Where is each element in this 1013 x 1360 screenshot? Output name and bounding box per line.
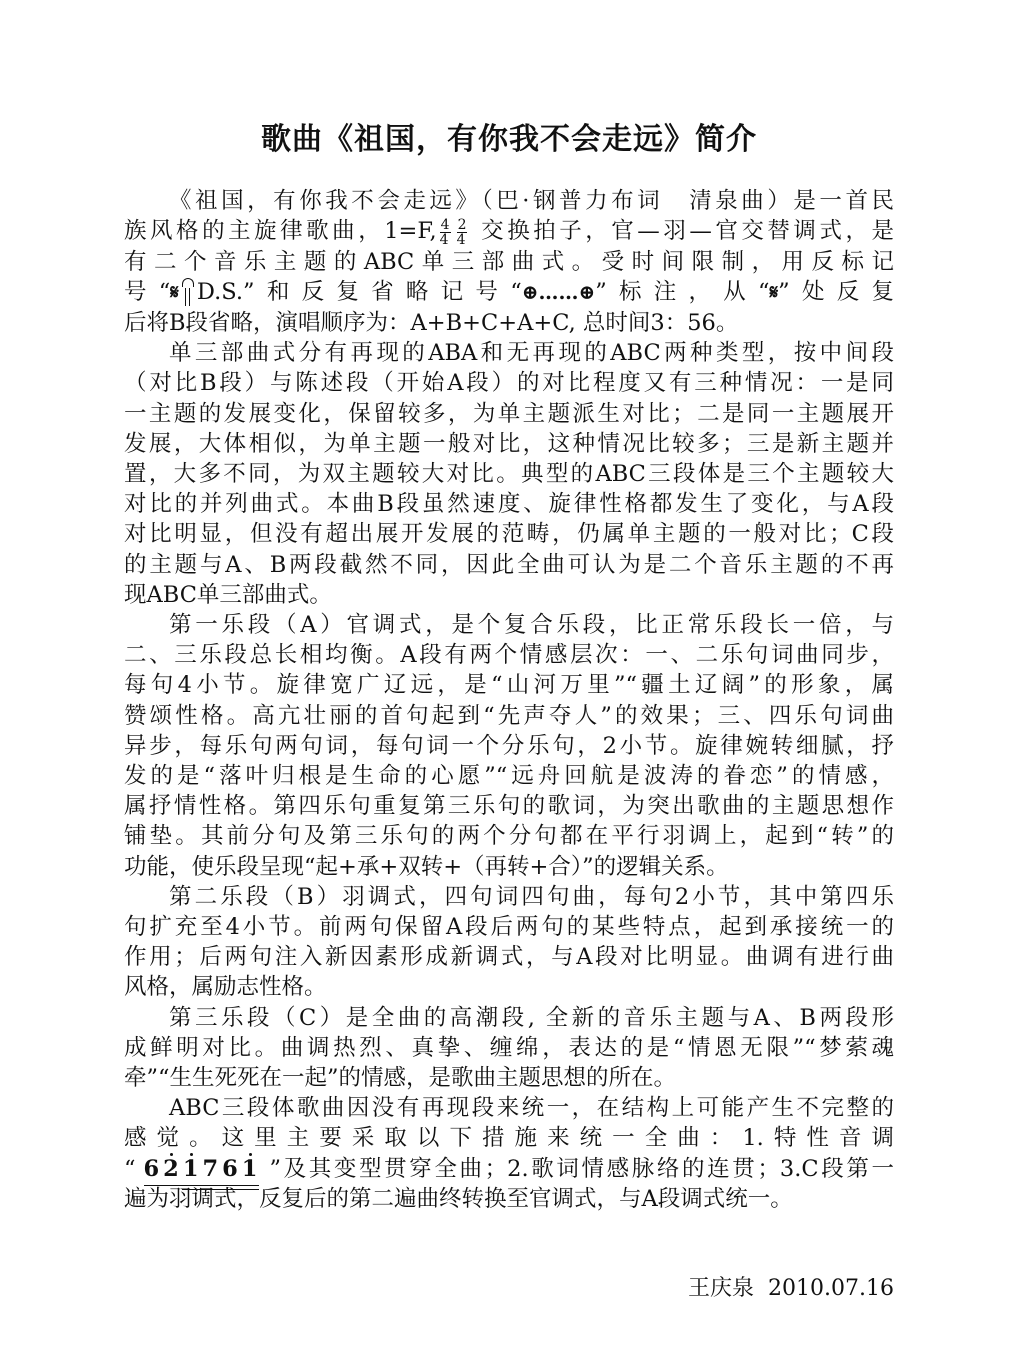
text-line: 号“𝄋D.S.”和反复省略记号“⊕……⊕”标注，从“𝄋”处反复 bbox=[124, 277, 894, 308]
paragraph-intro: 《祖国，有你我不会走远》（巴·钢普力布词 清泉曲）是一首民 族风格的主旋律歌曲，… bbox=[124, 186, 894, 338]
text-line: 属抒情性格。第四乐句重复第三乐句的歌词，为突出歌曲的主题思想作 bbox=[124, 791, 894, 821]
text-line: 第三乐段（C）是全曲的高潮段, 全新的音乐主题与A、B两段形 bbox=[124, 1003, 894, 1033]
text-span: ”处反复 bbox=[778, 279, 894, 305]
text-line: “621761”及其变型贯穿全曲；2.歌词情感脉络的连贯；3.C段第一 bbox=[124, 1154, 894, 1184]
text-line: 对比明显，但没有超出展开发展的范畴，仍属单主题的一般对比；C段 bbox=[124, 519, 894, 549]
time-signature-2-4: 24 bbox=[457, 218, 468, 247]
text-line: 作用；后两句注入新因素形成新调式，与A段对比明显。曲调有进行曲 bbox=[124, 942, 894, 972]
text-line: 有二个音乐主题的ABC单三部曲式。受时间限制，用反标记 bbox=[124, 247, 894, 277]
time-signature-4-4: 44 bbox=[440, 218, 451, 247]
text-span: 族风格的主旋律歌曲，1=F, bbox=[124, 218, 437, 244]
text-line: 赞颂性格。高亢壮丽的首句起到“先声夺人”的效果；三、四乐句词曲 bbox=[124, 701, 894, 731]
coda-icon: ⊕……⊕ bbox=[522, 280, 596, 304]
text-line: 单三部曲式分有再现的ABA和无再现的ABC两种类型，按中间段 bbox=[124, 338, 894, 368]
text-line: 一主题的发展变化，保留较多，为单主题派生对比；二是同一主题展开 bbox=[124, 399, 894, 429]
segno-icon: 𝄋 bbox=[170, 280, 179, 304]
signature-date: 2010.07.16 bbox=[768, 1276, 894, 1301]
text-line: （对比B段）与陈述段（开始A段）的对比程度又有三种情况：一是同 bbox=[124, 368, 894, 398]
text-span: “ bbox=[124, 1156, 136, 1182]
text-line: 句扩充至4小节。前两句保留A段后两句的某些特点，起到承接统一的 bbox=[124, 912, 894, 942]
text-span: ”和反复省略记号“ bbox=[243, 279, 522, 305]
text-line: 现ABC单三部曲式。 bbox=[124, 580, 894, 610]
paragraph-section-a: 第一乐段（A）官调式，是个复合乐段，比正常乐段长一倍，与 二、三乐段总长相均衡。… bbox=[124, 610, 894, 882]
text-line: 牵”“生生死死在一起”的情感，是歌曲主题思想的所在。 bbox=[124, 1063, 894, 1093]
paragraph-section-b: 第二乐段（B）羽调式，四句词四句曲，每句2小节，其中第四乐 句扩充至4小节。前两… bbox=[124, 882, 894, 1003]
text-span: 交换拍子，官—羽—官交替调式，是 bbox=[481, 218, 894, 244]
motif-notation: 621761 bbox=[136, 1154, 270, 1184]
paragraph-types: 单三部曲式分有再现的ABA和无再现的ABC两种类型，按中间段 （对比B段）与陈述… bbox=[124, 338, 894, 610]
text-line: 功能，使乐段呈现“起+承+双转+（再转+合）”的逻辑关系。 bbox=[124, 852, 894, 882]
text-span: ”标注，从“ bbox=[595, 279, 769, 305]
text-line: ABC三段体歌曲因没有再现段来统一，在结构上可能产生不完整的 bbox=[124, 1093, 894, 1123]
text-line: 第一乐段（A）官调式，是个复合乐段，比正常乐段长一倍，与 bbox=[124, 610, 894, 640]
text-line: 对比的并列曲式。本曲B段虽然速度、旋律性格都发生了变化，与A段 bbox=[124, 489, 894, 519]
text-line: 每句4小节。旋律宽广辽远，是“山河万里”“疆土辽阔”的形象，属 bbox=[124, 670, 894, 700]
document-title: 歌曲《祖国，有你我不会走远》简介 bbox=[124, 120, 894, 160]
paragraph-unity: ABC三段体歌曲因没有再现段来统一，在结构上可能产生不完整的 感觉。这里主要采取… bbox=[124, 1093, 894, 1214]
paragraph-section-c: 第三乐段（C）是全曲的高潮段, 全新的音乐主题与A、B两段形 成鲜明对比。曲调热… bbox=[124, 1003, 894, 1094]
text-span: ”及其变型贯穿全曲；2.歌词情感脉络的连贯；3.C段第一 bbox=[269, 1156, 894, 1182]
text-line: 异步，每乐句两句词，每句词一个分乐句，2小节。旋律婉转细腻，抒 bbox=[124, 731, 894, 761]
underline-eighth bbox=[144, 1185, 260, 1186]
text-line: 《祖国，有你我不会走远》（巴·钢普力布词 清泉曲）是一首民 bbox=[124, 186, 894, 216]
text-line: 的主题与A、B两段截然不同，因此全曲可认为是二个音乐主题的不再 bbox=[124, 550, 894, 580]
document-body: 《祖国，有你我不会走远》（巴·钢普力布词 清泉曲）是一首民 族风格的主旋律歌曲，… bbox=[124, 186, 894, 1214]
text-line: 第二乐段（B）羽调式，四句词四句曲，每句2小节，其中第四乐 bbox=[124, 882, 894, 912]
text-line: 族风格的主旋律歌曲，1=F,4424 交换拍子，官—羽—官交替调式，是 bbox=[124, 216, 894, 247]
text-line: 后将B段省略，演唱顺序为：A+B+C+A+C, 总时间3：56。 bbox=[124, 308, 894, 338]
text-line: 成鲜明对比。曲调热烈、真挚、缠绵，表达的是“情恩无限”“梦萦魂 bbox=[124, 1033, 894, 1063]
signature: 王庆泉 2010.07.16 bbox=[688, 1274, 894, 1304]
text-line: 发的是“落叶归根是生命的心愿”“远舟回航是波涛的眷恋”的情感， bbox=[124, 761, 894, 791]
text-line: 置，大多不同，为双主题较大对比。典型的ABC三段体是三个主题较大 bbox=[124, 459, 894, 489]
text-line: 感觉。这里主要采取以下措施来统一全曲：1.特性音调 bbox=[124, 1123, 894, 1153]
ds-mark: D.S. bbox=[197, 279, 243, 305]
text-line: 铺垫。其前分句及第三乐句的两个分句都在平行羽调上，起到“转”的 bbox=[124, 821, 894, 851]
fermata-double-bar-icon bbox=[182, 278, 194, 308]
text-span: 号“ bbox=[124, 279, 170, 305]
segno-icon: 𝄋 bbox=[770, 280, 779, 304]
underline-sixteenth bbox=[182, 1189, 260, 1190]
text-line: 二、三乐段总长相均衡。A段有两个情感层次：一、二乐句词曲同步， bbox=[124, 640, 894, 670]
text-line: 发展，大体相似，为单主题一般对比，这种情况比较多；三是新主题并 bbox=[124, 429, 894, 459]
author-name: 王庆泉 bbox=[688, 1276, 754, 1301]
text-line: 风格，属励志性格。 bbox=[124, 972, 894, 1002]
